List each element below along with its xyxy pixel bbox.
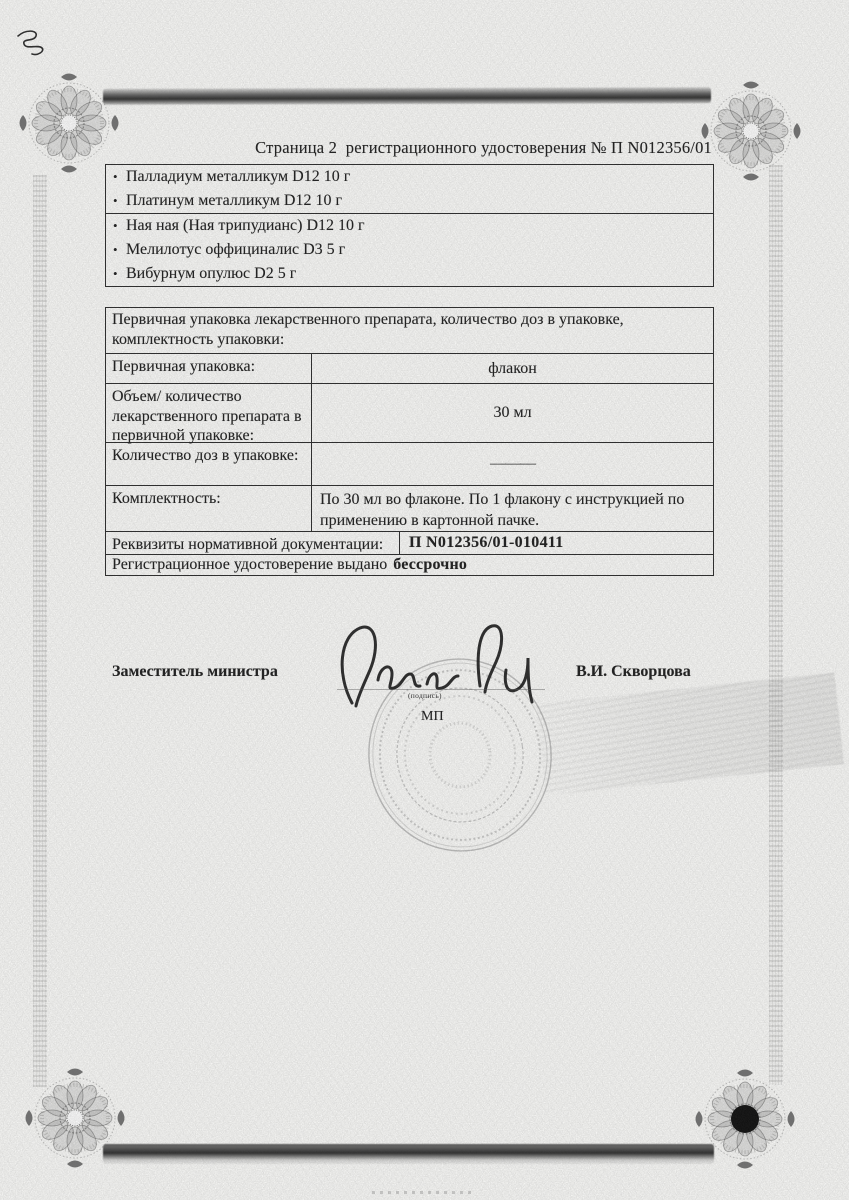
scan-artifact-left-edge xyxy=(33,175,47,1087)
row-value: ——— xyxy=(312,443,713,485)
guilloche-rosette-top-left-icon xyxy=(21,75,117,171)
scan-smudge-diagonal xyxy=(536,673,844,796)
table-row-issued: Регистрационное удостоверение выдано бес… xyxy=(106,554,713,575)
composition-group-2: • Ная ная (Ная трипудианс) D12 10 г • Ме… xyxy=(106,214,713,286)
packaging-table: Первичная упаковка лекарственного препар… xyxy=(105,307,714,576)
guilloche-rosette-bottom-left-icon xyxy=(27,1070,123,1166)
scan-artifact-bottom-band xyxy=(103,1144,714,1164)
signer-position-title: Заместитель министра xyxy=(112,663,278,681)
bullet-icon: • xyxy=(113,242,126,258)
table-row-primary-packaging: Первичная упаковка: флакон xyxy=(106,353,713,383)
composition-group-1: • Палладиум металликум D12 10 г • Платин… xyxy=(106,165,713,214)
bullet-icon: • xyxy=(113,266,126,282)
list-item: • Вибурнум опулюс D2 5 г xyxy=(106,262,713,286)
table-row-normative-docs: Реквизиты нормативной документации: П N0… xyxy=(106,531,713,554)
row-label: Объем/ количество лекарственного препара… xyxy=(106,384,312,442)
composition-item-text: Вибурнум опулюс D2 5 г xyxy=(126,265,296,283)
composition-item-text: Ная ная (Ная трипудианс) D12 10 г xyxy=(126,217,365,235)
row-value: флакон xyxy=(312,354,713,383)
composition-item-text: Палладиум металликум D12 10 г xyxy=(126,168,350,186)
row-label: Реквизиты нормативной документации: xyxy=(106,532,400,554)
list-item: • Платинум металликум D12 10 г xyxy=(106,189,713,213)
list-item: • Ная ная (Ная трипудианс) D12 10 г xyxy=(106,214,713,238)
scan-artifact-right-edge xyxy=(769,165,783,1085)
table-row-completeness: Комплектность: По 30 мл во флаконе. По 1… xyxy=(106,485,713,531)
issued-text: Регистрационное удостоверение выдано xyxy=(112,556,387,574)
issued-term: бессрочно xyxy=(393,556,467,574)
composition-item-text: Мелилотус оффициналис D3 5 г xyxy=(126,241,345,259)
seal-place-label: МП xyxy=(421,709,444,725)
scan-artifact-top-band xyxy=(103,87,711,105)
page-header: Страница 2 регистрационного удостоверени… xyxy=(255,138,712,158)
black-ink-dot xyxy=(731,1105,759,1133)
table-row-doses: Количество доз в упаковке: ——— xyxy=(106,442,713,485)
composition-list: • Палладиум металликум D12 10 г • Платин… xyxy=(105,164,714,287)
row-label: Комплектность: xyxy=(106,486,312,531)
row-label: Количество доз в упаковке: xyxy=(106,443,312,485)
signature-caption: (подпись) xyxy=(408,691,442,700)
guilloche-rosette-top-right-icon xyxy=(703,83,799,179)
row-value: 30 мл xyxy=(312,384,713,442)
row-value: По 30 мл во флаконе. По 1 флакону с инст… xyxy=(312,486,713,531)
handwritten-mark xyxy=(12,28,56,64)
list-item: • Мелилотус оффициналис D3 5 г xyxy=(106,238,713,262)
signer-name: В.И. Скворцова xyxy=(576,663,691,681)
row-label: Первичная упаковка: xyxy=(106,354,312,383)
list-item: • Палладиум металликум D12 10 г xyxy=(106,165,713,189)
bullet-icon: • xyxy=(113,218,126,234)
row-value: П N012356/01-010411 xyxy=(400,532,713,554)
scan-artifact-dotted-line xyxy=(372,1191,472,1194)
bullet-icon: • xyxy=(113,169,126,185)
table-row-volume: Объем/ количество лекарственного препара… xyxy=(106,383,713,442)
composition-item-text: Платинум металликум D12 10 г xyxy=(126,192,342,210)
signature-line xyxy=(337,689,545,690)
certificate-page: Страница 2 регистрационного удостоверени… xyxy=(0,0,849,1200)
bullet-icon: • xyxy=(113,193,126,209)
packaging-table-title: Первичная упаковка лекарственного препар… xyxy=(106,308,713,353)
